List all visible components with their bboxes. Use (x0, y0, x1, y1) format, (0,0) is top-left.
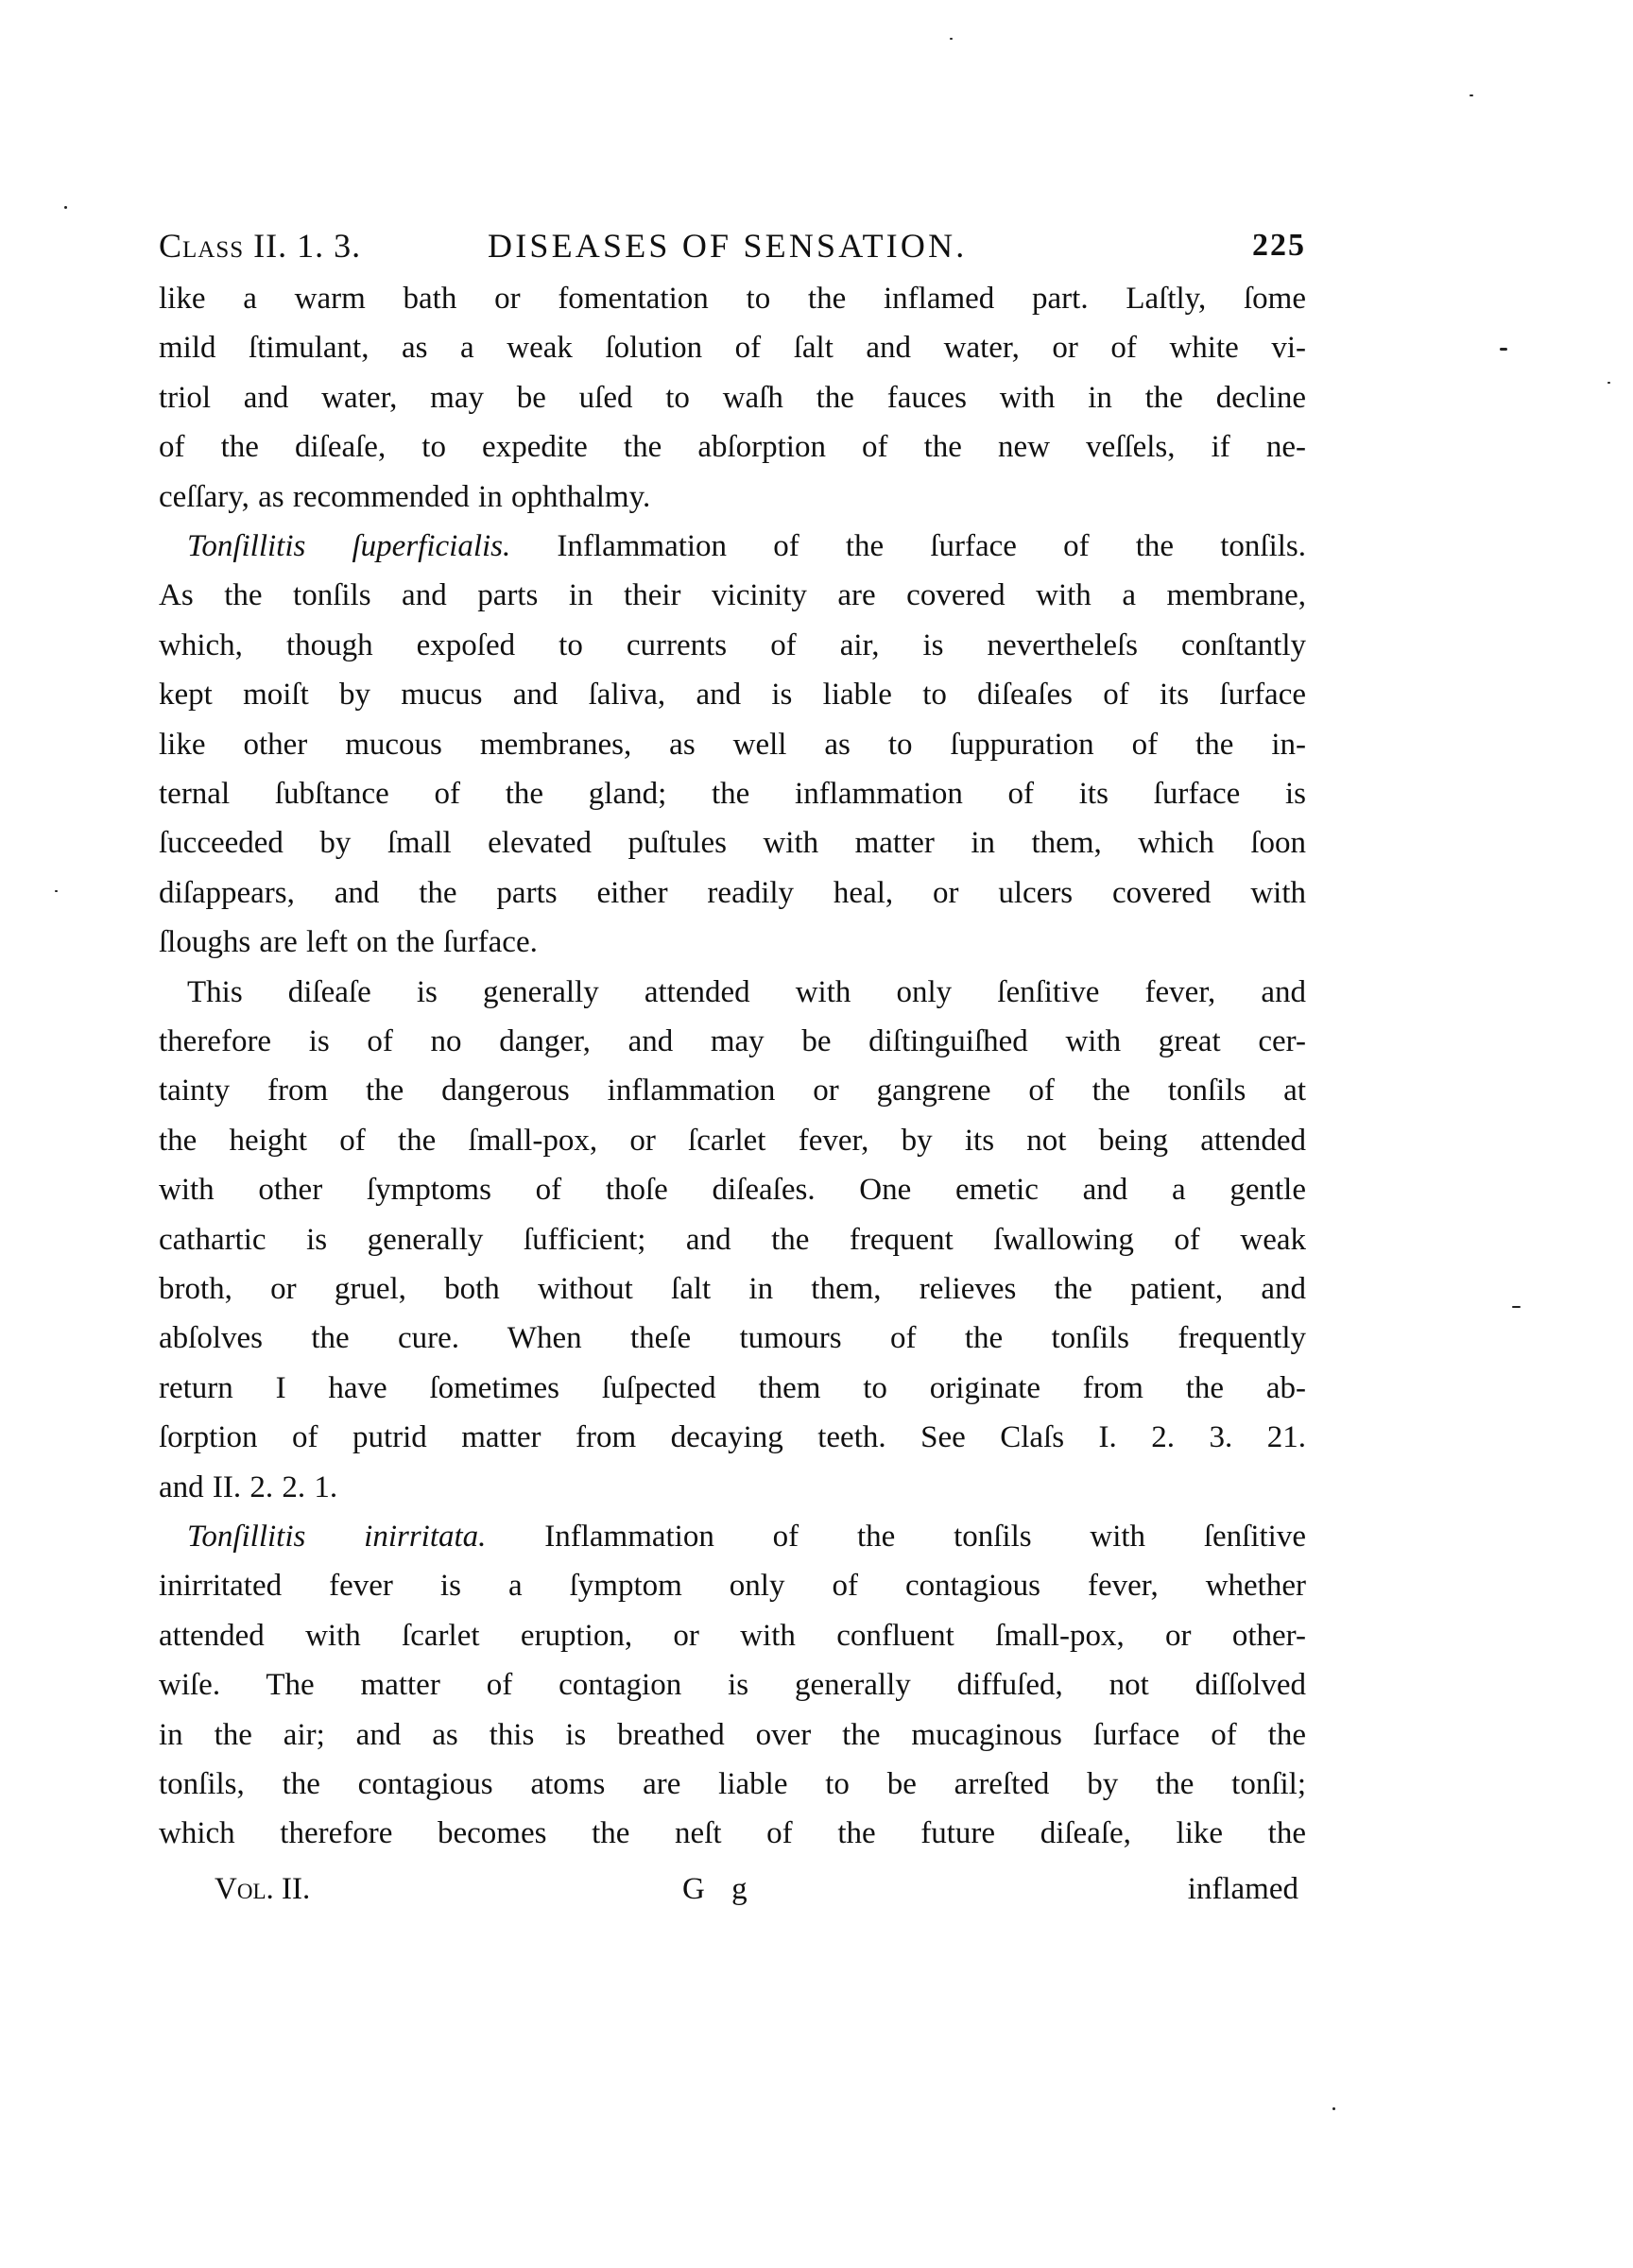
text-line: which, though expoſed to currents of air… (159, 625, 1306, 674)
text-line: ceſſary, as recommended in ophthalmy. (159, 476, 1306, 525)
scan-speck (55, 890, 58, 892)
scan-speck (1607, 382, 1610, 384)
text-line: mild ſtimulant, as a weak ſolution of ſa… (159, 327, 1306, 376)
text-line: broth, or gruel, both without ſalt in th… (159, 1268, 1306, 1317)
scan-speck (1470, 94, 1473, 96)
scan-speck (1332, 2107, 1335, 2110)
scan-speck (950, 38, 953, 40)
signature-mark: G g (682, 1867, 757, 1911)
text-line: ternal ſubſtance of the gland; the infla… (159, 773, 1306, 822)
class-reference: Class II. 1. 3. (159, 225, 361, 266)
text-line: kept moiſt by mucus and ſaliva, and is l… (159, 674, 1306, 723)
text-line: therefore is of no danger, and may be di… (159, 1021, 1306, 1070)
text-line: tonſils, the contagious atoms are liable… (159, 1763, 1306, 1813)
text-line: ſucceeded by ſmall elevated puſtules wit… (159, 822, 1306, 871)
text-line: cathartic is generally ſufficient; and t… (159, 1219, 1306, 1268)
text-line: in the air; and as this is breathed over… (159, 1714, 1306, 1763)
text-line: wiſe. The matter of contagion is general… (159, 1664, 1306, 1713)
text-line: of the diſeaſe, to expedite the abſorpti… (159, 426, 1306, 475)
section-heading-line: Tonſillitis inirritata. Inflammation of … (159, 1516, 1306, 1565)
section-term: Tonſillitis ſuperficialis. (187, 529, 510, 563)
text-line: like a warm bath or fomentation to the i… (159, 278, 1306, 327)
book-page: Class II. 1. 3. DISEASES OF SENSATION. 2… (0, 0, 1633, 2268)
page-footer: Vol. II. G g inflamed (159, 1867, 1306, 1911)
text-line: return I have ſometimes ſuſpected them t… (159, 1367, 1306, 1417)
text-line: which therefore becomes the neſt of the … (159, 1813, 1306, 1862)
catchword: inflamed (1188, 1867, 1298, 1911)
text-line: ſorption of putrid matter from decaying … (159, 1417, 1306, 1466)
text-line: This diſeaſe is generally attended with … (159, 971, 1306, 1021)
text-line: like other mucous membranes, as well as … (159, 724, 1306, 773)
running-head: Class II. 1. 3. DISEASES OF SENSATION. 2… (159, 225, 1306, 266)
scan-speck (64, 206, 67, 209)
text-line: inirritated fever is a ſymptom only of c… (159, 1565, 1306, 1614)
text-line: ſloughs are left on the ſurface. (159, 921, 1306, 971)
page-title: DISEASES OF SENSATION. (488, 225, 967, 266)
volume-label: Vol. II. (215, 1867, 310, 1911)
text-line: abſolves the cure. When theſe tumours of… (159, 1317, 1306, 1366)
text-line: tainty from the dangerous inflammation o… (159, 1070, 1306, 1119)
text-line: As the tonſils and parts in their vicini… (159, 575, 1306, 624)
text-line: with other ſymptoms of thoſe diſeaſes. O… (159, 1169, 1306, 1218)
page-number: 225 (1252, 225, 1306, 266)
text-line: the height of the ſmall-pox, or ſcarlet … (159, 1120, 1306, 1169)
scan-speck (1512, 1306, 1521, 1308)
text-line: attended with ſcarlet eruption, or with … (159, 1615, 1306, 1664)
scan-speck (1500, 348, 1507, 351)
text-line: and II. 2. 2. 1. (159, 1467, 1306, 1516)
text-line: triol and water, may be uſed to waſh the… (159, 377, 1306, 426)
text-line: diſappears, and the parts either readily… (159, 872, 1306, 921)
section-term: Tonſillitis inirritata. (187, 1520, 486, 1554)
section-heading-line: Tonſillitis ſuperficialis. Inflammation … (159, 525, 1306, 575)
